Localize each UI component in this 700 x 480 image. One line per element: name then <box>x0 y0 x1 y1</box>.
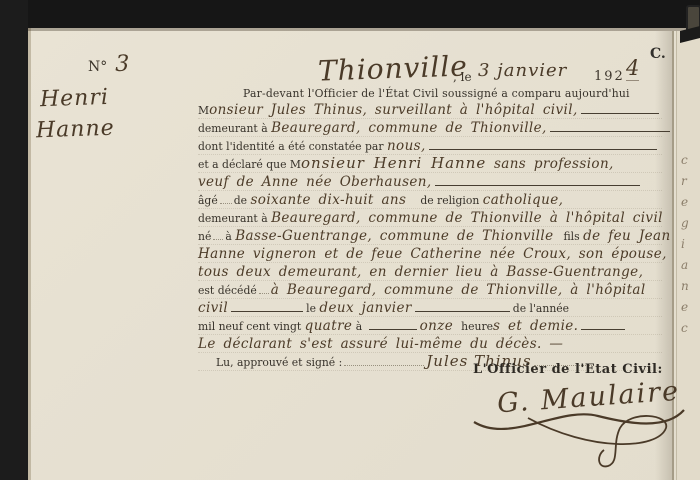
handwritten-text: Hanne vigneron et de feue Catherine née … <box>198 246 667 262</box>
document-line: tous deux demeurant, en dernier lieu à B… <box>198 263 662 281</box>
dotted-leader <box>344 355 424 366</box>
handwritten-text: catholique, <box>483 192 564 208</box>
document-line: est décédéà Beauregard, commune de Thion… <box>198 281 662 299</box>
spacer <box>453 329 461 330</box>
printed-text: à <box>225 230 235 243</box>
spacer <box>198 365 216 366</box>
document-line: et a déclaré que Monsieur Henri Hanne sa… <box>198 155 662 173</box>
filler-rule <box>369 319 417 330</box>
printed-text: est décédé <box>198 284 257 297</box>
handwritten-text: onsieur Jules Thinus, surveillant à l'hô… <box>209 102 578 118</box>
header-year-digit-handwritten: 4 <box>626 56 639 81</box>
handwriting-fragment: n <box>681 276 699 297</box>
document-line: mil neuf cent vingt quatre à onzeheures … <box>198 317 662 335</box>
dotted-leader <box>259 283 269 294</box>
officer-title-label: L'Officier de l'Etat Civil: <box>473 362 663 377</box>
printed-text: M <box>198 104 209 117</box>
filler-rule <box>231 301 303 312</box>
filler-rule <box>581 103 659 114</box>
handwriting-fragment: r <box>681 171 699 192</box>
binding-bar-top <box>0 0 700 28</box>
printed-text: demeurant à <box>198 212 271 225</box>
printed-intro-line: Par-devant l'Officier de l'État Civil so… <box>243 87 630 100</box>
filler-rule <box>435 175 640 186</box>
handwritten-text: à Beauregard, commune de Thionville, à l… <box>271 282 646 298</box>
handwritten-text: Basse-Guentrange, commune de Thionville <box>235 228 553 244</box>
margin-deceased-surname: Hanne <box>36 116 115 144</box>
handwritten-text: Beauregard, commune de Thionville à l'hô… <box>271 210 663 226</box>
printed-text: Lu, approuvé et signé : <box>216 356 342 369</box>
printed-text: né <box>198 230 211 243</box>
paper-top-edge <box>28 28 700 31</box>
printed-text: fils <box>563 230 583 243</box>
header-city-handwritten: Thionville <box>317 49 468 87</box>
handwritten-text: Beauregard, commune de Thionville, <box>271 120 547 136</box>
handwritten-text: s et demie. <box>493 318 578 334</box>
printed-text: le <box>306 302 319 315</box>
document-line: Le déclarant s'est assuré lui-même du dé… <box>198 335 662 353</box>
handwritten-text: quatre <box>305 318 353 334</box>
printed-text: et a déclaré que M <box>198 158 301 171</box>
handwritten-text: onsieur Henri Hanne <box>301 154 486 172</box>
dotted-leader <box>220 193 232 204</box>
handwriting-fragment: e <box>681 297 699 318</box>
dotted-leader <box>213 229 223 240</box>
filler-rule <box>415 301 510 312</box>
handwritten-text: civil <box>198 300 228 316</box>
spacer <box>553 239 563 240</box>
document-line: demeurant à Beauregard, commune de Thion… <box>198 209 662 227</box>
printed-text: mil neuf cent vingt <box>198 320 305 333</box>
document-line: civille deux janvierde l'année <box>198 299 662 317</box>
printed-text: âgé <box>198 194 218 207</box>
document-line: demeurant à Beauregard, commune de Thion… <box>198 119 662 137</box>
handwriting-fragment: a <box>681 255 699 276</box>
officer-signature-flourish <box>470 400 690 470</box>
binding-bar-left <box>0 0 28 480</box>
filler-rule <box>581 319 625 330</box>
record-body-text: Monsieur Jules Thinus, surveillant à l'h… <box>198 101 662 371</box>
corner-letter-mark: C. <box>650 46 666 62</box>
paper-left-edge <box>28 28 31 480</box>
filler-rule <box>429 139 657 150</box>
handwritten-text: tous deux demeurant, en dernier lieu à B… <box>198 264 643 280</box>
document-line: Monsieur Jules Thinus, surveillant à l'h… <box>198 101 662 119</box>
printed-text: de l'année <box>513 302 569 315</box>
handwriting-fragment: e <box>681 192 699 213</box>
document-line: néà Basse-Guentrange, commune de Thionvi… <box>198 227 662 245</box>
header-le-label: , le <box>453 70 472 84</box>
handwritten-text: veuf de Anne née Oberhausen, <box>198 174 432 190</box>
handwritten-text: onze <box>420 318 454 334</box>
scanned-death-record: cregianec N°3 Henri Hanne C. Thionville … <box>0 0 700 480</box>
act-number-label: N° <box>88 59 107 75</box>
printed-text: dont l'identité a été constatée par <box>198 140 387 153</box>
handwriting-fragment: c <box>681 318 699 339</box>
handwritten-text: deux janvier <box>319 300 411 316</box>
printed-text: heure <box>461 320 493 333</box>
document-line: dont l'identité a été constatée par nous… <box>198 137 662 155</box>
document-line: veuf de Anne née Oberhausen, <box>198 173 662 191</box>
handwriting-fragment: c <box>681 150 699 171</box>
margin-deceased-firstname: Henri <box>40 85 110 112</box>
handwriting-fragment: g <box>681 213 699 234</box>
printed-text: de religion <box>420 194 482 207</box>
handwritten-text: nous, <box>387 138 426 154</box>
printed-text: à <box>352 320 365 333</box>
filler-rule <box>550 121 670 132</box>
handwritten-text: soixante dix-huit ans <box>250 192 406 208</box>
handwritten-text: sans profession, <box>486 156 613 172</box>
act-number: N°3 <box>88 52 129 77</box>
handwritten-text: de feu Jean <box>583 228 670 244</box>
printed-text: de <box>234 194 251 207</box>
document-line: âgéde soixante dix-huit ansde religion c… <box>198 191 662 209</box>
printed-text: demeurant à <box>198 122 271 135</box>
handwriting-fragment: i <box>681 234 699 255</box>
adjacent-page-handwriting-fragments: cregianec <box>681 150 699 339</box>
document-line: Hanne vigneron et de feue Catherine née … <box>198 245 662 263</box>
handwritten-text: Le déclarant s'est assuré lui-même du dé… <box>198 336 563 352</box>
header-date-handwritten: 3 janvier <box>478 60 567 81</box>
spacer <box>406 203 420 204</box>
header-year-printed: 192 <box>594 69 625 84</box>
act-number-value: 3 <box>115 52 129 77</box>
